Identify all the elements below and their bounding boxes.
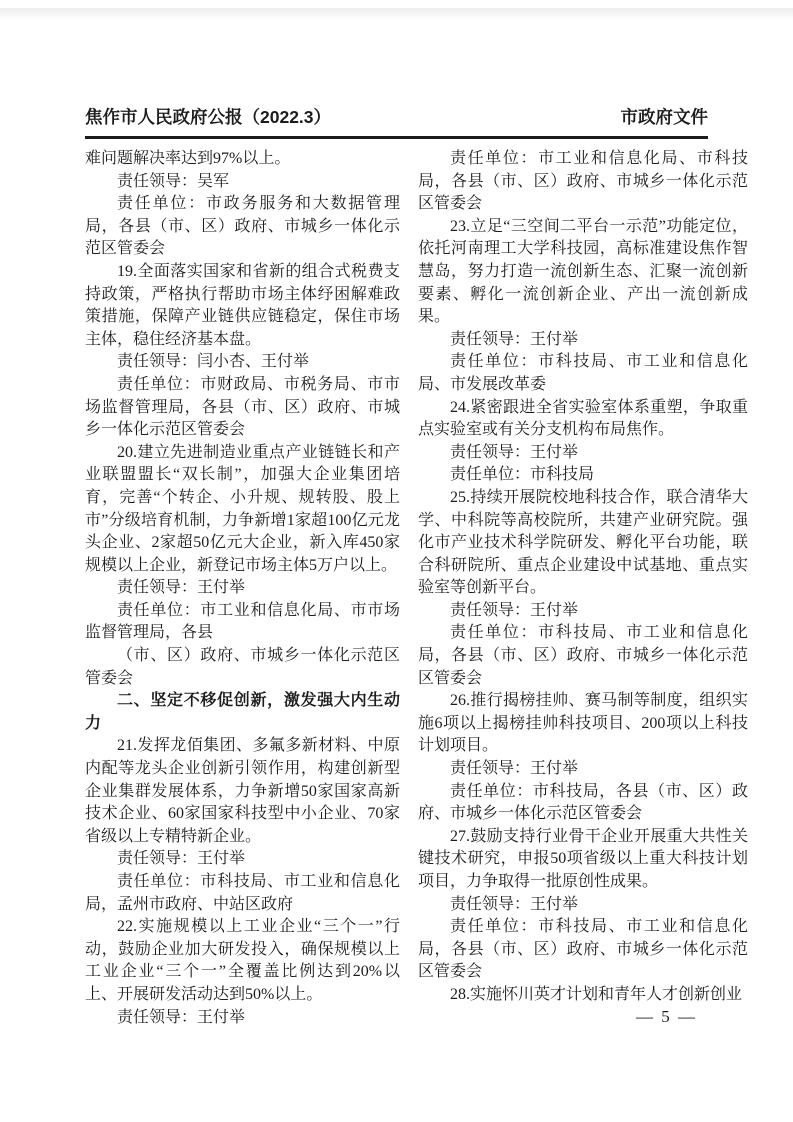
paragraph: 责任单位：市科技局 [418,464,748,487]
page-header: 焦作市人民政府公报（2022.3） 市政府文件 [85,104,708,139]
section-heading: 二、坚定不移促创新，激发强大内生动力 [85,690,400,735]
gazette-title: 焦作市人民政府公报（2022.3） [85,104,331,129]
paragraph: 责任领导：王付举 [418,329,748,352]
paragraph: 责任领导：王付举 [418,894,748,917]
paragraph: 27.鼓励支持行业骨干企业开展重大共性关键技术研究，申报50项省级以上重大科技计… [418,826,748,894]
paragraph: 责任领导：王付举 [85,1007,400,1030]
content-columns: 难问题解决率达到97%以上。责任领导：吴军责任单位：市政务服务和大数据管理局，各… [85,148,748,1029]
scan-artifact [0,8,793,20]
document-page: 焦作市人民政府公报（2022.3） 市政府文件 难问题解决率达到97%以上。责任… [0,0,793,1122]
paragraph: 责任单位：市科技局，各县（市、区）政府、市城乡一体化示范区管委会 [418,781,748,826]
paragraph: 责任领导：王付举 [418,442,748,465]
paragraph: 责任领导：王付举 [418,758,748,781]
document-category: 市政府文件 [621,104,709,129]
paragraph: 责任单位：市科技局、市工业和信息化局，孟州市政府、中站区政府 [85,871,400,916]
paragraph: 难问题解决率达到97%以上。 [85,148,400,171]
paragraph: 责任单位：市财政局、市税务局、市市场监督管理局，各县（市、区）政府、市城乡一体化… [85,374,400,442]
paragraph: 23.立足“三空间二平台一示范”功能定位，依托河南理工大学科技园，高标准建设焦作… [418,216,748,329]
paragraph: 责任领导：闫小杏、王付举 [85,351,400,374]
paragraph: 19.全面落实国家和省新的组合式税费支持政策，严格执行帮助市场主体纾困解难政策措… [85,261,400,351]
page-number: — 5 — [636,1007,697,1027]
paragraph: 22.实施规模以上工业企业“三个一”行动，鼓励企业加大研发投入，确保规模以上工业… [85,916,400,1006]
column-right: 责任单位：市工业和信息化局、市科技局，各县（市、区）政府、市城乡一体化示范区管委… [418,148,748,1029]
paragraph: （市、区）政府、市城乡一体化示范区管委会 [85,645,400,690]
paragraph: 26.推行揭榜挂帅、赛马制等制度，组织实施6项以上揭榜挂帅科技项目、200项以上… [418,690,748,758]
paragraph: 责任单位：市政务服务和大数据管理局，各县（市、区）政府、市城乡一体化示范区管委会 [85,193,400,261]
paragraph: 责任单位：市科技局、市工业和信息化局，各县（市、区）政府、市城乡一体化示范区管委… [418,622,748,690]
paragraph: 责任单位：市工业和信息化局、市市场监督管理局，各县 [85,600,400,645]
paragraph: 责任单位：市工业和信息化局、市科技局，各县（市、区）政府、市城乡一体化示范区管委… [418,148,748,216]
paragraph: 21.发挥龙佰集团、多氟多新材料、中原内配等龙头企业创新引领作用，构建创新型企业… [85,735,400,848]
paragraph: 28.实施怀川英才计划和青年人才创新创业 [418,984,748,1007]
paragraph: 责任单位：市科技局、市工业和信息化局，各县（市、区）政府、市城乡一体化示范区管委… [418,916,748,984]
paragraph: 25.持续开展院校地科技合作，联合清华大学、中科院等高校院所，共建产业研究院。强… [418,487,748,600]
paragraph: 责任领导：王付举 [418,600,748,623]
column-left: 难问题解决率达到97%以上。责任领导：吴军责任单位：市政务服务和大数据管理局，各… [85,148,400,1029]
paragraph: 责任领导：王付举 [85,577,400,600]
paragraph: 责任领导：吴军 [85,171,400,194]
paragraph: 责任单位：市科技局、市工业和信息化局、市发展改革委 [418,351,748,396]
paragraph: 20.建立先进制造业重点产业链链长和产业联盟盟长“双长制”，加强大企业集团培育，… [85,442,400,578]
paragraph: 24.紧密跟进全省实验室体系重塑，争取重点实验室或有关分支机构布局焦作。 [418,397,748,442]
paragraph: 责任领导：王付举 [85,848,400,871]
